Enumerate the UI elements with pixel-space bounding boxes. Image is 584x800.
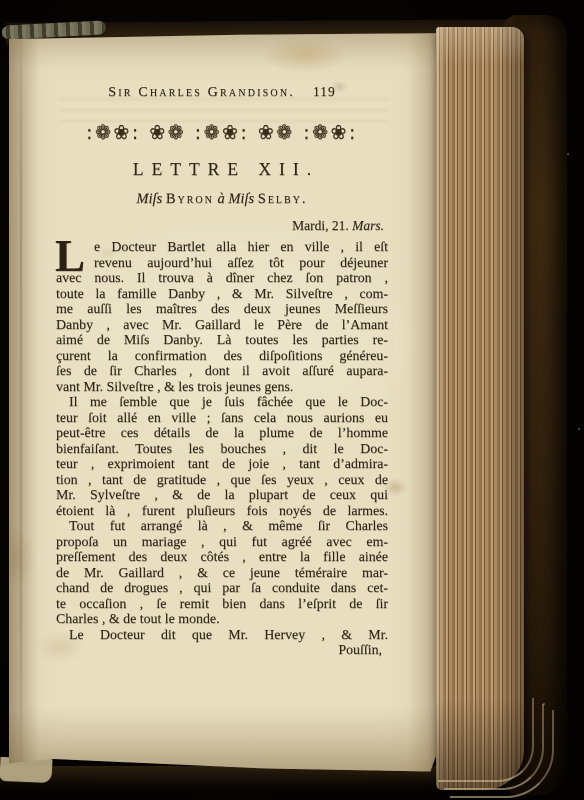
page-corner-fan xyxy=(450,710,554,798)
catchword: Pouſſin, xyxy=(56,643,388,659)
text-span: Byron xyxy=(166,191,214,207)
letter-subheading: Miſs Byron à Miſs Selby. xyxy=(56,191,388,210)
body-line: me auſſi les maîtres des deux jeunes Meſ… xyxy=(56,302,388,318)
photo-backdrop: Sir Charles Grandison. 119 :❁❀: ❀❁ :❁❀: … xyxy=(0,0,584,800)
dateline: Mardi, 21. Mars. xyxy=(56,218,388,235)
body-line: teur , exprimoient tant de joie , tant d… xyxy=(56,457,388,473)
body-line: peut-être ces détails de la plume de l’h… xyxy=(56,426,388,442)
body-line: Tout fut arrangé là , & même ſir Charles xyxy=(56,519,388,535)
dust-speck xyxy=(543,703,545,705)
body-text: L e Docteur Bartlet alla hier en ville ,… xyxy=(56,240,388,659)
body-line: ſes de ſir Charles , dont il avoit aſſur… xyxy=(56,364,388,380)
page-text: Sir Charles Grandison. 119 :❁❀: ❀❁ :❁❀: … xyxy=(56,84,388,659)
body-line: teur ſoit allé en ville ; ſans cela nous… xyxy=(56,411,388,427)
text-span: Selby. xyxy=(258,191,308,207)
dust-speck xyxy=(578,428,580,430)
body-line: chand de drogues , qui par ſa conduite d… xyxy=(56,581,388,597)
text-span: à xyxy=(214,191,229,207)
page-number: 119 xyxy=(313,84,336,100)
page-crease xyxy=(20,31,22,773)
text-span: Mars. xyxy=(352,218,384,233)
ornament-band-icon: :❁❀: ❀❁ :❁❀: ❀❁ :❁❀: xyxy=(56,121,388,149)
dust-speck xyxy=(567,153,569,155)
body-line: vant Mr. Silveſtre , & les trois jeunes … xyxy=(56,380,388,396)
running-header-row: Sir Charles Grandison. 119 xyxy=(56,84,388,101)
body-line: e Docteur Bartlet alla hier en ville , i… xyxy=(56,240,388,256)
body-line: toute la famille Danby , & Mr. Silveſtre… xyxy=(56,287,388,303)
body-line: revenu aujourd’hui aſſez tôt pour déjeun… xyxy=(56,256,388,272)
text-span: Mardi, 21. xyxy=(292,218,352,233)
body-line: de Mr. Gaillard , & ce jeune téméraire m… xyxy=(56,566,388,582)
letter-heading: LETTRE XII. xyxy=(56,159,388,182)
body-line: çurent la confirmation des diſpoſitions … xyxy=(56,349,388,365)
body-line: tion , tant de gratitude , que ſes yeux … xyxy=(56,473,388,489)
text-span: Miſs xyxy=(228,191,257,207)
body-line: avec nous. Il trouva à dîner chez ſon pa… xyxy=(56,271,388,287)
body-line: Mr. Sylveſtre , & de la plupart de ceux … xyxy=(56,488,388,504)
body-line: bienfaiſant. Toutes les bouches , dit le… xyxy=(56,442,388,458)
body-line: Le Docteur dit que Mr. Hervey , & Mr. xyxy=(56,628,388,644)
body-line: preſſement des deux côtés , entre la fil… xyxy=(56,550,388,566)
body-line: propoſa un mariage , qui fut agréé avec … xyxy=(56,535,388,551)
body-line: Danby , avec Mr. Gaillard le Père de l’A… xyxy=(56,318,388,334)
fore-edge-pages xyxy=(436,27,524,790)
book-page: Sir Charles Grandison. 119 :❁❀: ❀❁ :❁❀: … xyxy=(9,31,438,773)
body-line: Il me ſemble que je ſuis fâchée que le D… xyxy=(56,395,388,411)
drop-cap: L xyxy=(55,237,85,275)
body-line: te occaſion , ſe remit bien dans l’eſpri… xyxy=(56,597,388,613)
body-line: Charles , & de tout le monde. xyxy=(56,612,388,628)
text-span: Miſs xyxy=(136,191,165,207)
body-line: étoient là , furent pluſieurs fois noyés… xyxy=(56,504,388,520)
running-header: Sir Charles Grandison. xyxy=(108,85,295,101)
body-line: aimé de Miſs Danby. Là toutes les partie… xyxy=(56,333,388,349)
